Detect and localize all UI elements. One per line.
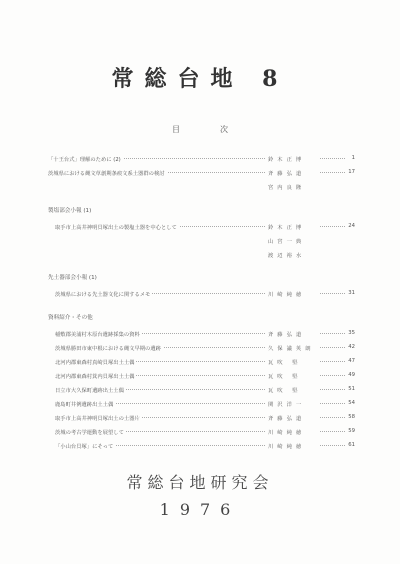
entry-page: 54 — [345, 400, 355, 406]
entry-title: 茨城の考古学運動を展望して — [55, 428, 126, 436]
document-title: 常総台地 8 — [0, 62, 400, 93]
entry-page: 35 — [345, 330, 355, 336]
toc-heading: 目次 — [0, 124, 400, 135]
toc-entry: 茨城県における先土器文化に関するメモ 川崎純徳 31 — [55, 290, 355, 300]
entry-author: 斉藤弘道 — [268, 414, 320, 422]
toc-entry: 北河内郡東森村箕内貝塚出土土偶 瓦吹 堅 49 — [55, 372, 355, 382]
entry-author: 鈴木正博 — [268, 155, 320, 163]
publisher-name: 常総台地研究会 — [0, 470, 400, 493]
entry-title: 茨城県における縄文草創期条痕文系土器群の検討 — [48, 169, 167, 177]
entry-author: 川崎純徳 — [268, 428, 320, 436]
entry-title: 取手市上高井神明貝塚出土の土器片 — [55, 414, 142, 422]
entry-coauthor: 宮内良隆 — [268, 183, 305, 191]
entry-title: 茨城県における先土器文化に関するメモ — [55, 290, 152, 298]
entry-title: 鹿島町井例遺跡出土土偶 — [55, 400, 115, 408]
entry-title: 稲敷郡美浦村木原台遺跡採集の資料 — [55, 330, 142, 338]
entry-page: 31 — [345, 290, 355, 296]
toc-entry: 茨城の考古学運動を展望して 川崎純徳 59 — [55, 428, 355, 438]
entry-page: 1 — [345, 155, 355, 161]
entry-page: 51 — [345, 386, 355, 392]
entry-author: 関沢洋一 — [268, 400, 320, 408]
section-title: 先土器部会小報 (1) — [48, 273, 97, 281]
toc-entry: 茨城県勝田市東中根における縄文早期の遺跡 久保議英朗 42 — [55, 344, 355, 354]
entry-title: 茨城県勝田市東中根における縄文早期の遺跡 — [55, 344, 163, 352]
toc-entry: 取手市上高井神明貝塚出土の土器片 斉藤弘道 58 — [55, 414, 355, 424]
document-page: 常総台地 8 目次 「十王台式」理解のために (2) 鈴木正博 1 茨城県におけ… — [0, 0, 400, 564]
entry-page: 59 — [345, 428, 355, 434]
entry-title: 「十王台式」理解のために (2) — [48, 155, 123, 163]
entry-title: 取手市上高井神明貝塚出土の製塩土器を中心として — [55, 223, 179, 231]
entry-author: 瓦吹 堅 — [268, 358, 320, 366]
publication-year: 1976 — [0, 500, 400, 519]
entry-title: 「小山台貝塚」にそって — [55, 442, 115, 450]
toc-entry: 北河内郡東森村真崎貝塚出土土偶 瓦吹 堅 47 — [55, 358, 355, 368]
entry-title: 日立市大久保町遺跡出土土偶 — [55, 386, 126, 394]
toc-entry: 日立市大久保町遺跡出土土偶 瓦吹 堅 51 — [55, 386, 355, 396]
entry-author: 斉藤弘道 — [268, 169, 320, 177]
entry-title: 北河内郡東森村箕内貝塚出土土偶 — [55, 372, 136, 380]
entry-page: 58 — [345, 414, 355, 420]
entry-page: 47 — [345, 358, 355, 364]
entry-coauthor: 山宮一典 — [268, 237, 305, 245]
entry-page: 61 — [345, 442, 355, 448]
toc-entry: 稲敷郡美浦村木原台遺跡採集の資料 斉藤弘道 35 — [55, 330, 355, 340]
entry-page: 17 — [345, 169, 355, 175]
toc-entry: 鹿島町井例遺跡出土土偶 関沢洋一 54 — [55, 400, 355, 410]
section-title: 資料紹介・その他 — [48, 313, 93, 321]
entry-coauthor: 渡辺裕水 — [268, 251, 305, 259]
toc-entry: 「十王台式」理解のために (2) 鈴木正博 1 — [48, 155, 355, 165]
entry-author: 川崎純徳 — [268, 290, 320, 298]
entry-author: 瓦吹 堅 — [268, 372, 320, 380]
entry-page: 42 — [345, 344, 355, 350]
entry-author: 斉藤弘道 — [268, 330, 320, 338]
toc-entry: 「小山台貝塚」にそって 川崎純徳 61 — [55, 442, 355, 452]
entry-author: 川崎純徳 — [268, 442, 320, 450]
section-title: 製塩部会小報 (1) — [48, 206, 91, 214]
toc-entry: 取手市上高井神明貝塚出土の製塩土器を中心として 鈴木正博 24 — [55, 223, 355, 233]
entry-page: 49 — [345, 372, 355, 378]
entry-author: 鈴木正博 — [268, 223, 320, 231]
toc-entry: 茨城県における縄文草創期条痕文系土器群の検討 斉藤弘道 17 — [48, 169, 355, 179]
entry-title: 北河内郡東森村真崎貝塚出土土偶 — [55, 358, 136, 366]
entry-page: 24 — [345, 223, 355, 229]
entry-author: 瓦吹 堅 — [268, 386, 320, 394]
entry-author: 久保議英朗 — [268, 344, 320, 352]
